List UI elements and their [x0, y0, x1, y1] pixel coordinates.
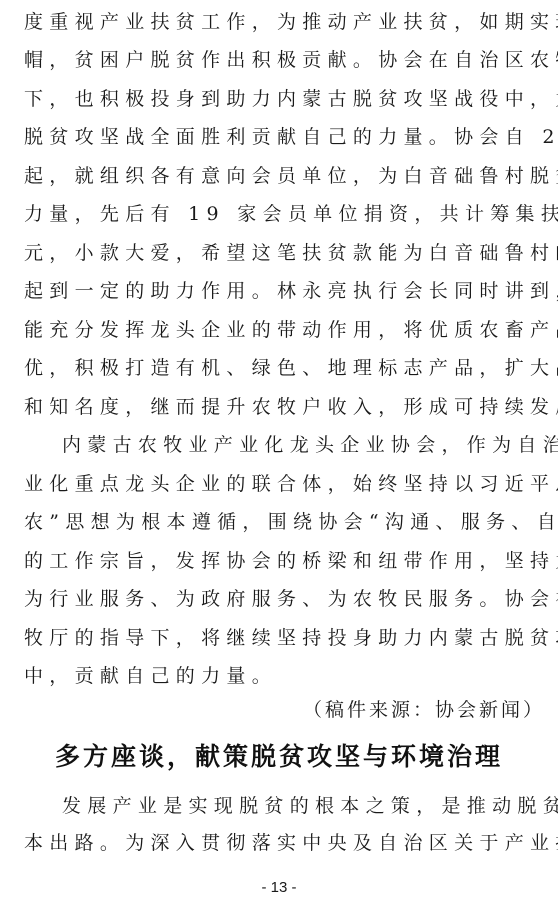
text-line: 能充分发挥龙头企业的带动作用，将优质农畜产品做精做: [24, 318, 534, 342]
article-source: （稿件来源：协会新闻）: [303, 698, 545, 722]
text-line: 内蒙古农牧业产业化龙头企业协会，作为自治区各级产: [62, 433, 534, 457]
text-line: 优，积极打造有机、绿色、地理标志产品，扩大品牌影响力: [24, 356, 534, 380]
text-line: 脱贫攻坚战全面胜利贡献自己的力量。协会自 2019 年 12 月: [24, 125, 534, 149]
text-line: 起到一定的助力作用。林永亮执行会长同时讲到，希望地方: [24, 279, 534, 303]
text-line: 中，贡献自己的力量。: [24, 664, 534, 688]
text-line: 业化重点龙头企业的联合体，始终坚持以习近平总书记“三: [24, 472, 534, 496]
page-number: - 13 -: [0, 878, 558, 898]
text-line: 牧厅的指导下，将继续坚持投身助力内蒙古脱贫攻坚工作: [24, 626, 534, 650]
text-line: 发展产业是实现脱贫的根本之策，是推动脱贫攻坚的根: [62, 794, 534, 818]
text-line: 本出路。为深入贯彻落实中央及自治区关于产业扶贫决策部: [24, 831, 534, 855]
text-line: 下，也积极投身到助力内蒙古脱贫攻坚战役中，为坚决夺取: [24, 87, 534, 111]
text-line: 为行业服务、为政府服务、为农牧民服务。协会在自治区农: [24, 587, 534, 611]
section-title: 多方座谈，献策脱贫攻坚与环境治理: [0, 742, 558, 772]
text-line: 起，就组织各有意向会员单位，为白音础鲁村脱贫工作贡献: [24, 164, 534, 188]
text-line: 和知名度，继而提升农牧户收入，形成可持续发展。: [24, 395, 534, 419]
text-line: 帽，贫困户脱贫作出积极贡献。协会在自治区农牧厅的指导: [24, 48, 534, 72]
text-line: 农”思想为根本遵循，围绕协会“沟通、服务、自律、发展”: [24, 510, 534, 534]
text-line: 力量，先后有 19 家会员单位捐资，共计筹集扶贫款 30.1 万: [24, 202, 534, 226]
text-line: 的工作宗旨，发挥协会的桥梁和纽带作用，坚持为企业服务、: [24, 549, 534, 573]
text-line: 元，小款大爱，希望这笔扶贫款能为白音础鲁村的脱贫工作: [24, 241, 534, 265]
text-line: 度重视产业扶贫工作，为推动产业扶贫，如期实现贫困县摘: [24, 10, 534, 34]
